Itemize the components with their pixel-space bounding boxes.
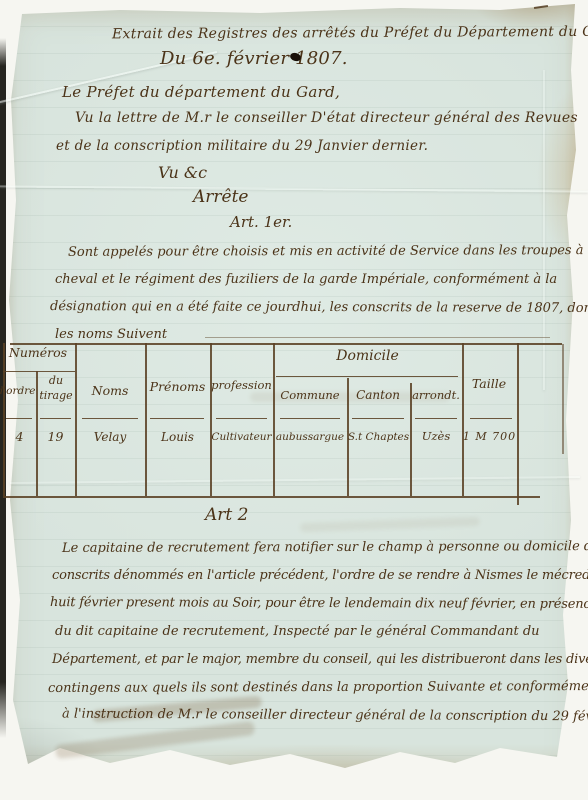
col-header-canton: Canton bbox=[349, 389, 407, 401]
col-header-profession: profession bbox=[210, 380, 273, 392]
table-vline bbox=[462, 343, 464, 496]
numeros-underline bbox=[3, 371, 75, 372]
col-header-tirage-line1: du bbox=[38, 375, 74, 386]
art1-line: désignation qui en a été faite ce jourdh… bbox=[50, 300, 588, 316]
table-vline bbox=[273, 343, 275, 496]
col-header-tirage-line2: tirage bbox=[36, 390, 76, 401]
header-separator-dash bbox=[415, 418, 457, 419]
header-separator-dash bbox=[40, 418, 71, 419]
title-line: Extrait des Registres des arrêtés du Pré… bbox=[112, 25, 588, 43]
header-separator-dash bbox=[470, 418, 512, 419]
vu-etc-line: Vu &c bbox=[158, 164, 207, 182]
art1-line: Sont appelés pour être choisis et mis en… bbox=[68, 244, 584, 260]
art2-line: conscrits dénommés en l'article précéden… bbox=[52, 569, 588, 583]
cell-ordre: 4 bbox=[3, 431, 36, 444]
cell-profession: Cultivateur bbox=[210, 432, 273, 443]
table-vline bbox=[562, 344, 564, 454]
art2-line: huit février present mois au Soir, pour … bbox=[50, 596, 588, 612]
table-vline bbox=[145, 343, 147, 496]
arrete-heading: Arrête bbox=[193, 188, 248, 207]
prefet-line: Le Préfet du département du Gard, bbox=[62, 84, 340, 101]
col-group-numeros: Numéros bbox=[3, 347, 73, 360]
header-separator-dash bbox=[352, 418, 404, 419]
table-top-border bbox=[10, 343, 562, 345]
header-separator-dash bbox=[216, 418, 267, 419]
art2-line: Le capitaine de recrutement fera notifie… bbox=[62, 540, 588, 556]
flourish-rule bbox=[205, 337, 550, 338]
art2-line: Département, et par le major, membre du … bbox=[52, 653, 588, 667]
cell-prenoms: Louis bbox=[145, 431, 210, 443]
vu-lettre-line: Vu la lettre de M.r le conseiller D'état… bbox=[75, 111, 578, 126]
table-vline bbox=[210, 343, 212, 496]
art2-heading: Art 2 bbox=[205, 506, 248, 525]
col-header-arrondissement: arrondt. bbox=[411, 390, 461, 402]
art1-line: cheval et le régiment des fuziliers de l… bbox=[55, 273, 557, 287]
art2-line: contingens aux quels ils sont destinés d… bbox=[48, 680, 588, 696]
table-vline bbox=[517, 343, 519, 505]
cell-canton: S.t Chaptes bbox=[347, 432, 410, 443]
cell-taille: 1 M 700 bbox=[462, 431, 517, 442]
col-group-domicile: Domicile bbox=[273, 349, 462, 363]
col-header-ordre: d'ordre bbox=[0, 386, 36, 397]
col-header-taille: Taille bbox=[464, 378, 514, 391]
header-separator-dash bbox=[6, 418, 32, 419]
pen-dash-mark bbox=[534, 5, 548, 9]
art2-line: à l'instruction de M.r le conseiller dir… bbox=[62, 708, 588, 725]
table-vline bbox=[75, 343, 77, 496]
art1-heading: Art. 1er. bbox=[230, 214, 292, 231]
header-separator-dash bbox=[150, 418, 204, 419]
cell-arrondissement: Uzès bbox=[410, 431, 462, 443]
header-separator-dash bbox=[82, 418, 138, 419]
domicile-underline bbox=[276, 376, 458, 377]
document-content: Extrait des Registres des arrêtés du Pré… bbox=[0, 0, 588, 800]
table-bottom-border bbox=[3, 496, 540, 498]
col-header-commune: Commune bbox=[275, 390, 345, 402]
conscription-line: et de la conscription militaire du 29 Ja… bbox=[56, 139, 428, 154]
date-line: Du 6e. février 1807. bbox=[160, 49, 348, 69]
art2-line: du dit capitaine de recrutement, Inspect… bbox=[55, 625, 540, 639]
cell-noms: Velay bbox=[75, 431, 145, 443]
header-separator-dash bbox=[280, 418, 340, 419]
table-vline bbox=[3, 343, 5, 496]
col-header-noms: Noms bbox=[75, 385, 145, 398]
art1-line: les noms Suivent bbox=[55, 328, 167, 342]
cell-tirage: 19 bbox=[36, 431, 75, 444]
cell-commune: aubussargue bbox=[273, 432, 347, 443]
col-header-prenoms: Prénoms bbox=[145, 381, 210, 394]
